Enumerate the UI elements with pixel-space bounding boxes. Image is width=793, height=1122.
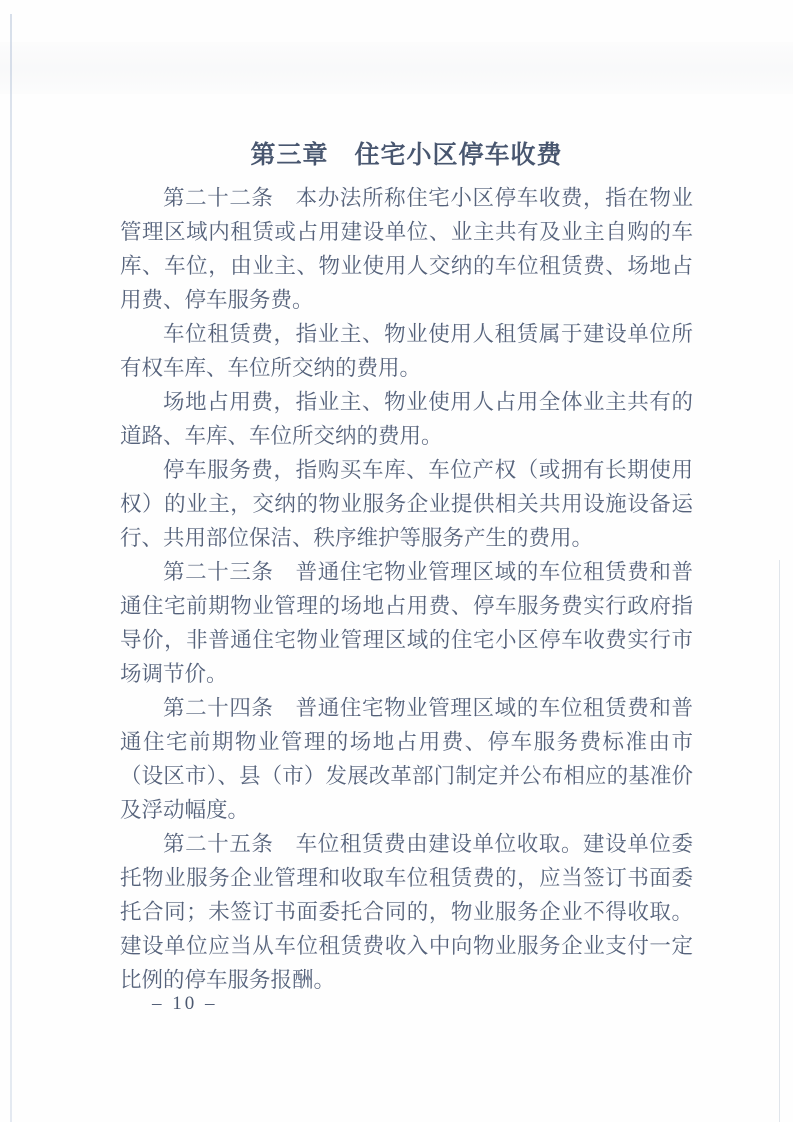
article-paragraph-parking-service-fee: 停车服务费，指购买车库、车位产权（或拥有长期使用权）的业主，交纳的物业服务企业提… (120, 453, 693, 555)
article-paragraph-24: 第二十四条 普通住宅物业管理区域的车位租赁费和普通住宅前期物业管理的场地占用费、… (120, 691, 693, 827)
chapter-title: 第三章 住宅小区停车收费 (120, 141, 693, 169)
scanned-document-page: 第三章 住宅小区停车收费 第二十二条 本办法所称住宅小区停车收费，指在物业管理区… (0, 0, 793, 1122)
article-paragraph-site-occupancy-fee: 场地占用费，指业主、物业使用人占用全体业主共有的道路、车库、车位所交纳的费用。 (120, 385, 693, 453)
scan-edge-left (10, 14, 12, 1122)
document-body: 第三章 住宅小区停车收费 第二十二条 本办法所称住宅小区停车收费，指在物业管理区… (120, 141, 693, 997)
article-paragraph-23: 第二十三条 普通住宅物业管理区域的车位租赁费和普通住宅前期物业管理的场地占用费、… (120, 555, 693, 691)
article-paragraph-22: 第二十二条 本办法所称住宅小区停车收费，指在物业管理区域内租赁或占用建设单位、业… (120, 181, 693, 317)
article-paragraph-parking-space-rental-fee: 车位租赁费，指业主、物业使用人租赁属于建设单位所有权车库、车位所交纳的费用。 (120, 317, 693, 385)
page-number: – 10 – (152, 993, 218, 1015)
scan-edge-right (779, 560, 780, 1122)
scan-noise-band (0, 42, 793, 94)
article-paragraph-25: 第二十五条 车位租赁费由建设单位收取。建设单位委托物业服务企业管理和收取车位租赁… (120, 827, 693, 997)
